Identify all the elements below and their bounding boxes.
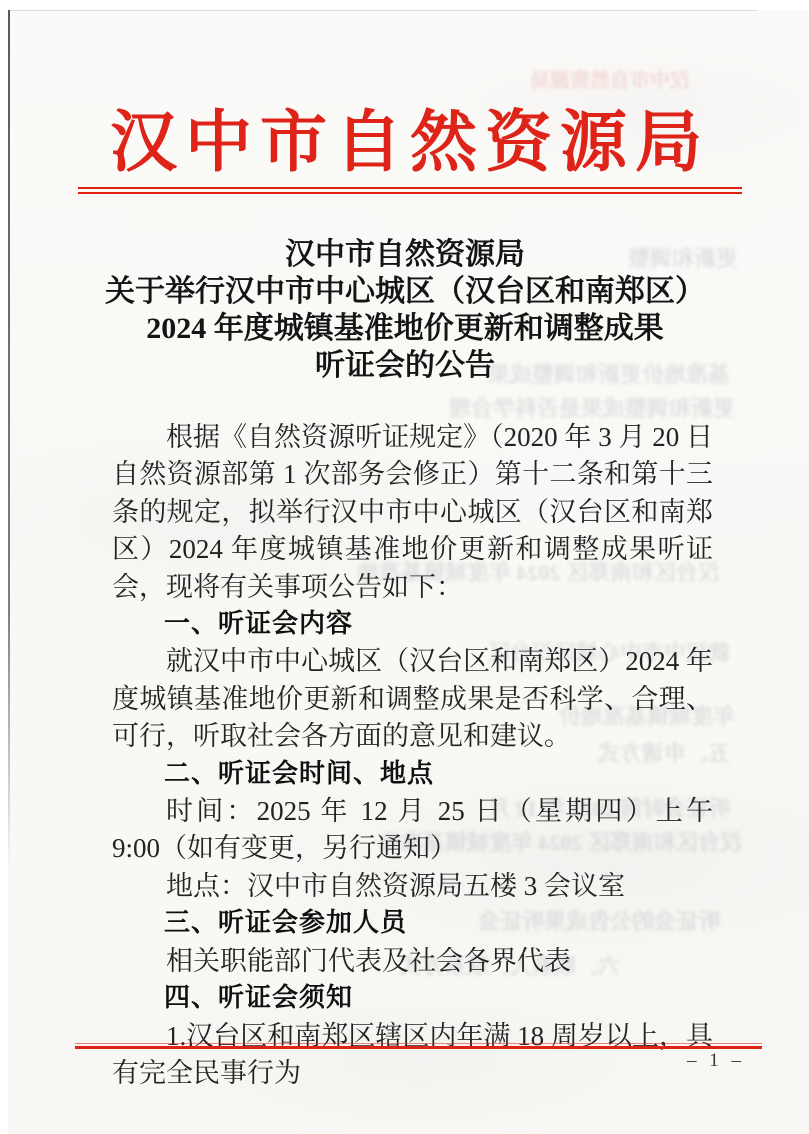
- section-heading-4: 四、听证会须知: [112, 980, 713, 1017]
- paragraph-notice-item-1: 1.汉台区和南郑区辖区内年满 18 周岁以上，具有完全民事行为: [112, 1018, 713, 1093]
- title-line-1: 汉中市自然资源局: [40, 236, 770, 273]
- paragraph-hearing-content: 就汉中市中心城区（汉台区和南郑区）2024 年度城镇基准地价更新和调整成果是否科…: [112, 643, 713, 755]
- letterhead: 汉中市自然资源局: [78, 106, 742, 194]
- scan-left-margin: [0, 0, 8, 1134]
- section-heading-3: 三、听证会参加人员: [112, 905, 713, 942]
- scanned-document: { "colors": { "accent_red": "#de2418", "…: [0, 0, 809, 1134]
- letterhead-double-rule: [78, 187, 742, 194]
- title-line-3: 2024 年度城镇基准地价更新和调整成果: [40, 310, 770, 347]
- paragraph-legal-basis: 根据《自然资源听证规定》（2020 年 3 月 20 日自然资源部第 1 次部务…: [112, 419, 713, 606]
- document-title: 汉中市自然资源局 关于举行汉中市中心城区（汉台区和南郑区） 2024 年度城镇基…: [40, 236, 770, 384]
- footer-rule: [75, 1043, 762, 1049]
- page-edge-shadow: [8, 10, 10, 868]
- scan-top-margin: [0, 0, 809, 10]
- section-heading-1: 一、听证会内容: [112, 606, 713, 643]
- agency-name: 汉中市自然资源局: [78, 106, 742, 181]
- paragraph-hearing-place: 地点：汉中市自然资源局五楼 3 会议室: [112, 868, 713, 905]
- title-line-2: 关于举行汉中市中心城区（汉台区和南郑区）: [40, 273, 770, 310]
- page-top-edge: [8, 10, 758, 11]
- paragraph-participants: 相关职能部门代表及社会各界代表: [112, 943, 713, 980]
- section-heading-2: 二、听证会时间、地点: [112, 756, 713, 793]
- page-number: – 1 –: [687, 1050, 745, 1072]
- paragraph-hearing-time: 时间：2025 年 12 月 25 日（星期四）上午 9:00（如有变更，另行通…: [112, 793, 713, 868]
- document-body: 根据《自然资源听证规定》（2020 年 3 月 20 日自然资源部第 1 次部务…: [112, 419, 713, 1092]
- title-line-4: 听证会的公告: [40, 347, 770, 384]
